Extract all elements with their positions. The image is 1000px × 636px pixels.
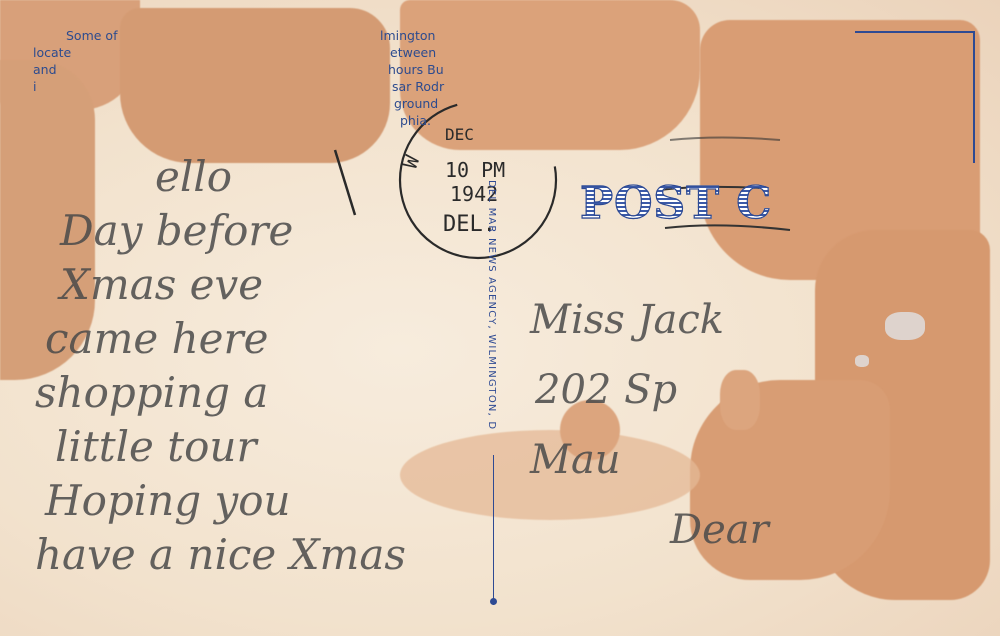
caption-right: lmington etween hours Bu sar Rodr ground…	[380, 27, 444, 129]
caption-line: lmington	[380, 27, 444, 44]
caption-line: ground	[380, 95, 444, 112]
message-line: ello	[45, 150, 406, 204]
message-line: shopping a	[35, 366, 406, 420]
handwritten-address: Miss Jack 202 Sp Mau Dear	[530, 285, 769, 565]
printer-credit: DEL MAR NEWS AGENCY, WILMINGTON, D	[486, 180, 497, 430]
divider-dot	[490, 598, 497, 605]
postmark-day-time: 10 PM	[445, 158, 505, 182]
caption-line: hours Bu	[380, 61, 444, 78]
address-line: Mau	[530, 425, 769, 495]
postmark: W DEC 10 PM 1942 DEL.	[395, 120, 560, 240]
caption-line: phia.	[380, 112, 444, 129]
handwritten-message: ello Day before Xmas eve came here shopp…	[45, 150, 406, 582]
caption-line: etween	[380, 44, 444, 61]
message-line: Hoping you	[45, 474, 406, 528]
message-line: came here	[45, 312, 406, 366]
address-line: 202 Sp	[530, 355, 769, 425]
address-line: Miss Jack	[530, 285, 769, 355]
message-line: have a nice Xmas	[35, 528, 406, 582]
postmark-month: DEC	[445, 125, 474, 144]
divider-line	[493, 455, 494, 605]
postcard-back: Some of locate and i lmington etween hou…	[0, 0, 1000, 636]
message-line: little tour	[45, 420, 406, 474]
address-line: Dear	[530, 495, 769, 565]
message-line: Xmas eve	[45, 258, 406, 312]
post-card-title: POST C	[580, 178, 772, 229]
message-line: Day before	[45, 204, 406, 258]
caption-line: sar Rodr	[380, 78, 444, 95]
